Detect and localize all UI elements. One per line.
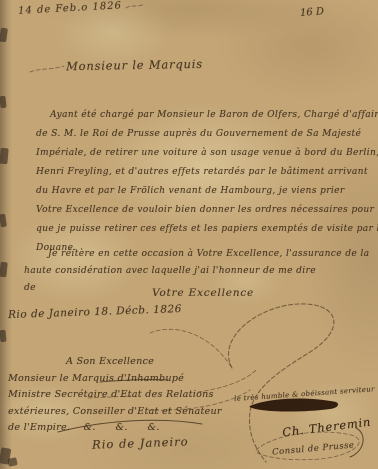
text-line: du Havre et par le Frölich venant de Ham… bbox=[36, 182, 372, 201]
binding-mark bbox=[0, 148, 9, 165]
signature-name: Ch. Theremin bbox=[281, 415, 371, 440]
date-squiggle bbox=[126, 4, 144, 8]
text-line: Henri Freyling, et d'autres effets retar… bbox=[36, 163, 372, 182]
text-line: de l'Empire. &. &. &. bbox=[8, 420, 222, 437]
address-block: A Son ExcellenceMonsieur le Marquis d'In… bbox=[8, 354, 222, 437]
text-line: Ayant été chargé par Monsieur le Baron d… bbox=[36, 106, 372, 125]
signature-title: Consul de Prusse bbox=[272, 440, 355, 457]
text-line: que je puisse retirer ces effets et les … bbox=[36, 220, 372, 239]
binding-mark bbox=[0, 330, 7, 342]
text-line: Monsieur le Marquis d'Inhambupé bbox=[8, 371, 222, 388]
salutation: Monsieur le Marquis bbox=[66, 57, 203, 73]
letter-scan-page: 14 de Feb.o 1826 16 D Monsieur le Marqui… bbox=[0, 0, 378, 469]
archival-date-annotation: 14 de Feb.o 1826 bbox=[18, 0, 122, 16]
text-line: haute considération avec laquelle j'ai l… bbox=[24, 263, 374, 280]
text-line: extérieures, Conseiller d'Etat et Sénate… bbox=[8, 404, 222, 421]
text-line: Ministre Secrétaire d'Etat des Relations bbox=[8, 387, 222, 404]
binding-mark bbox=[0, 96, 7, 109]
text-line: Votre Excellence de vouloir bien donner … bbox=[36, 201, 372, 220]
text-line: A Son Excellence bbox=[8, 354, 222, 371]
dateline: Rio de Janeiro 18. Décb. 1826 bbox=[8, 303, 182, 321]
folio-number-annotation: 16 D bbox=[300, 6, 325, 19]
text-line: Je réitère en cette occasion à Votre Exc… bbox=[24, 246, 374, 263]
valediction: Votre Excellence bbox=[152, 287, 254, 299]
text-line: Impériale, de retirer une voiture à son … bbox=[36, 144, 372, 163]
signature-paraph bbox=[229, 304, 334, 462]
signature-courtesy-line: le très humble & obéissant serviteur bbox=[234, 385, 375, 403]
letter-body: Ayant été chargé par Monsieur le Baron d… bbox=[36, 106, 372, 258]
corner-ink-mark bbox=[7, 457, 17, 467]
text-line: de S. M. le Roi de Prusse auprès du Gouv… bbox=[36, 125, 372, 144]
salutation-flourish bbox=[30, 66, 64, 72]
place-bottom: Rio de Janeiro bbox=[92, 434, 189, 451]
